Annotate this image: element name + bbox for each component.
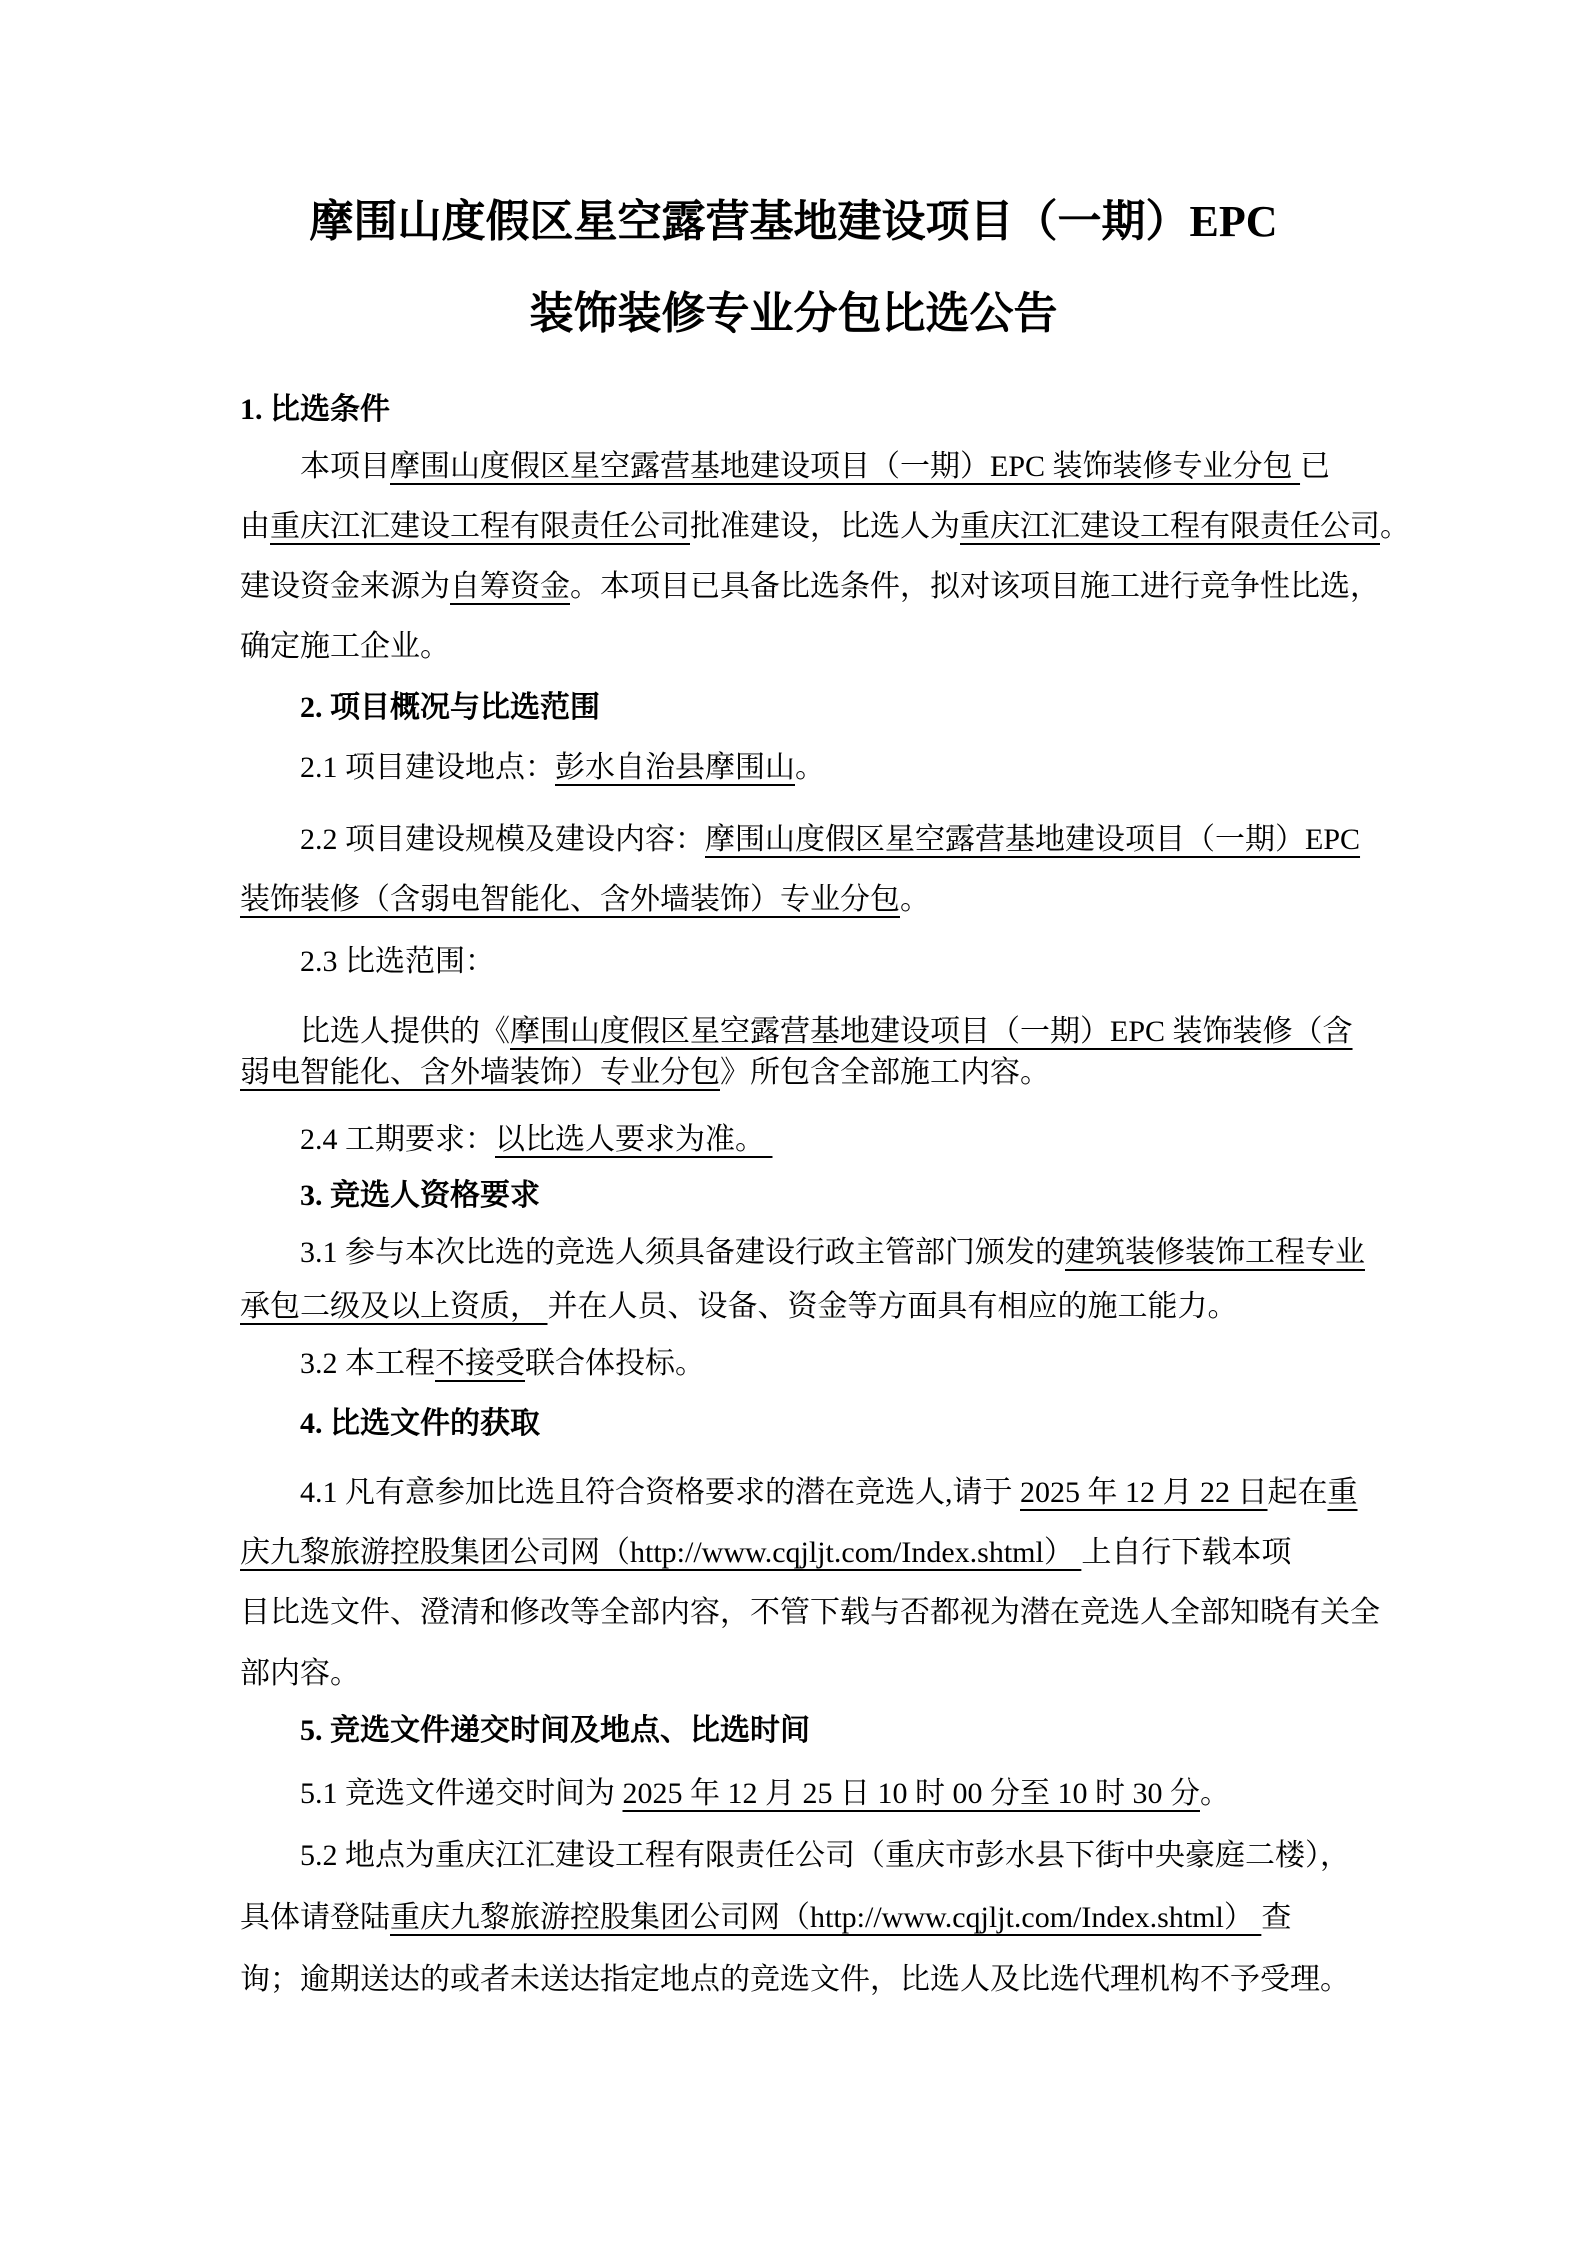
section-3-heading: 3. 竞选人资格要求 [300, 1166, 540, 1226]
text-run: 3.1 参与本次比选的竞选人须具备建设行政主管部门颁发的 [300, 1236, 1065, 1269]
underlined-text: 重庆江汇建设工程有限责任公司 [960, 510, 1380, 543]
text-run: 5.1 竞选文件递交时间为 [300, 1777, 623, 1810]
text-run: 。 [1380, 510, 1410, 543]
text-run: 》所包含全部施工内容。 [720, 1056, 1050, 1089]
item-5-1: 5.1 竞选文件递交时间为 2025 年 12 月 25 日 10 时 00 分… [300, 1764, 1230, 1824]
underlined-text: 承包二级及以上资质， [240, 1290, 548, 1323]
para-1-line-1: 本项目摩围山度假区星空露营基地建设项目（一期）EPC 装饰装修专业分包 已 [300, 437, 1330, 497]
text-run: 批准建设，比选人为 [690, 510, 960, 543]
item-2-2-line-2: 装饰装修（含弱电智能化、含外墙装饰）专业分包。 [240, 870, 930, 930]
underlined-text: 2025 年 12 月 22 日 [1020, 1476, 1268, 1509]
item-4-1-line-1: 4.1 凡有意参加比选且符合资格要求的潜在竞选人,请于 2025 年 12 月 … [300, 1463, 1358, 1523]
underlined-text: 2025 年 12 月 25 日 10 时 00 分至 10 时 30 分 [623, 1777, 1201, 1810]
text-run: 。 [795, 751, 825, 784]
item-5-2-line-2: 具体请登陆重庆九黎旅游控股集团公司网（http://www.cqjljt.com… [240, 1888, 1291, 1948]
underlined-text: 自筹资金 [450, 570, 570, 603]
text-run: 查 [1261, 1901, 1291, 1934]
item-3-1-line-1: 3.1 参与本次比选的竞选人须具备建设行政主管部门颁发的建筑装修装饰工程专业 [300, 1223, 1365, 1283]
item-3-1-line-2: 承包二级及以上资质， 并在人员、设备、资金等方面具有相应的施工能力。 [240, 1277, 1238, 1337]
item-2-4: 2.4 工期要求：以比选人要求为准。 [300, 1110, 773, 1170]
text-run: 联合体投标。 [525, 1347, 705, 1380]
para-1-line-4: 确定施工企业。 [240, 617, 450, 677]
text-run: 1. 比选条件 [240, 393, 390, 426]
item-5-2-line-1: 5.2 地点为重庆江汇建设工程有限责任公司（重庆市彭水县下街中央豪庭二楼）， [300, 1826, 1350, 1886]
section-1-heading: 1. 比选条件 [240, 380, 390, 440]
text-run: 2. 项目概况与比选范围 [300, 691, 600, 724]
text-run: 目比选文件、澄清和修改等全部内容，不管下载与否都视为潜在竞选人全部知晓有关全 [240, 1596, 1380, 1629]
text-run: 5.2 地点为重庆江汇建设工程有限责任公司（重庆市彭水县下街中央豪庭二楼）， [300, 1839, 1350, 1872]
item-4-1-line-3: 目比选文件、澄清和修改等全部内容，不管下载与否都视为潜在竞选人全部知晓有关全 [240, 1583, 1380, 1643]
text-run: 建设资金来源为 [240, 570, 450, 603]
underlined-text: 重庆九黎旅游控股集团公司网（http://www.cqjljt.com/Inde… [390, 1901, 1261, 1934]
section-5-heading: 5. 竞选文件递交时间及地点、比选时间 [300, 1701, 810, 1761]
text-run: 4.1 凡有意参加比选且符合资格要求的潜在竞选人,请于 [300, 1476, 1020, 1509]
text-run: 询；逾期送达的或者未送达指定地点的竞选文件，比选人及比选代理机构不予受理。 [240, 1963, 1350, 1996]
text-run: 起在 [1268, 1476, 1328, 1509]
text-run: 确定施工企业。 [240, 630, 450, 663]
underlined-text: 装饰装修（含弱电智能化、含外墙装饰）专业分包 [240, 883, 900, 916]
underlined-text: 弱电智能化、含外墙装饰）专业分包 [240, 1056, 720, 1089]
text-run: 2.4 工期要求： [300, 1123, 495, 1156]
underlined-text: 重 [1328, 1476, 1358, 1509]
item-4-1-line-2: 庆九黎旅游控股集团公司网（http://www.cqjljt.com/Index… [240, 1523, 1291, 1583]
text-run: 2.1 项目建设地点： [300, 751, 555, 784]
text-run: 已 [1300, 450, 1330, 483]
para-1-line-2: 由重庆江汇建设工程有限责任公司批准建设，比选人为重庆江汇建设工程有限责任公司。 [240, 497, 1410, 557]
underlined-text: 以比选人要求为准。 [495, 1123, 773, 1156]
text-run: 2.2 项目建设规模及建设内容： [300, 823, 705, 856]
text-run: 。 [900, 883, 930, 916]
text-run: 本项目 [300, 450, 390, 483]
text-run: 由 [240, 510, 270, 543]
text-run: 2.3 比选范围： [300, 945, 495, 978]
underlined-text: 建筑装修装饰工程专业 [1065, 1236, 1365, 1269]
document-page: 摩围山度假区星空露营基地建设项目（一期）EPC 装饰装修专业分包比选公告 1. … [0, 0, 1587, 2245]
text-run: 。 [1200, 1777, 1230, 1810]
text-run: 并在人员、设备、资金等方面具有相应的施工能力。 [548, 1290, 1238, 1323]
underlined-text: 重庆江汇建设工程有限责任公司 [270, 510, 690, 543]
item-2-1: 2.1 项目建设地点：彭水自治县摩围山。 [300, 738, 825, 798]
text-run: 3.2 本工程 [300, 1347, 435, 1380]
underlined-text: 摩围山度假区星空露营基地建设项目（一期）EPC 装饰装修专业分包 [390, 450, 1300, 483]
text-run: 4. 比选文件的获取 [300, 1407, 540, 1440]
text-run: 部内容。 [240, 1657, 360, 1690]
underlined-text: 摩围山度假区星空露营基地建设项目（一期）EPC [705, 823, 1360, 856]
item-5-2-line-3: 询；逾期送达的或者未送达指定地点的竞选文件，比选人及比选代理机构不予受理。 [240, 1950, 1350, 2010]
item-3-2: 3.2 本工程不接受联合体投标。 [300, 1334, 705, 1394]
item-4-1-line-4: 部内容。 [240, 1644, 360, 1704]
underlined-text: 不接受 [435, 1347, 525, 1380]
text-run: 3. 竞选人资格要求 [300, 1179, 540, 1212]
text-run: 上自行下载本项 [1081, 1536, 1291, 1569]
underlined-text: 庆九黎旅游控股集团公司网（http://www.cqjljt.com/Index… [240, 1536, 1081, 1569]
section-4-heading: 4. 比选文件的获取 [300, 1394, 540, 1454]
item-2-3: 2.3 比选范围： [300, 932, 495, 992]
underlined-text: 彭水自治县摩围山 [555, 751, 795, 784]
document-title-line-2: 装饰装修专业分包比选公告 [0, 284, 1587, 344]
text-run: 5. 竞选文件递交时间及地点、比选时间 [300, 1714, 810, 1747]
para-2-3-line-2: 弱电智能化、含外墙装饰）专业分包》所包含全部施工内容。 [240, 1043, 1050, 1103]
item-2-2-line-1: 2.2 项目建设规模及建设内容：摩围山度假区星空露营基地建设项目（一期）EPC [300, 810, 1360, 870]
text-run: 。本项目已具备比选条件，拟对该项目施工进行竞争性比选， [570, 570, 1380, 603]
para-1-line-3: 建设资金来源为自筹资金。本项目已具备比选条件，拟对该项目施工进行竞争性比选， [240, 557, 1380, 617]
section-2-heading: 2. 项目概况与比选范围 [300, 678, 600, 738]
document-title-line-1: 摩围山度假区星空露营基地建设项目（一期）EPC [0, 192, 1587, 252]
text-run: 具体请登陆 [240, 1901, 390, 1934]
